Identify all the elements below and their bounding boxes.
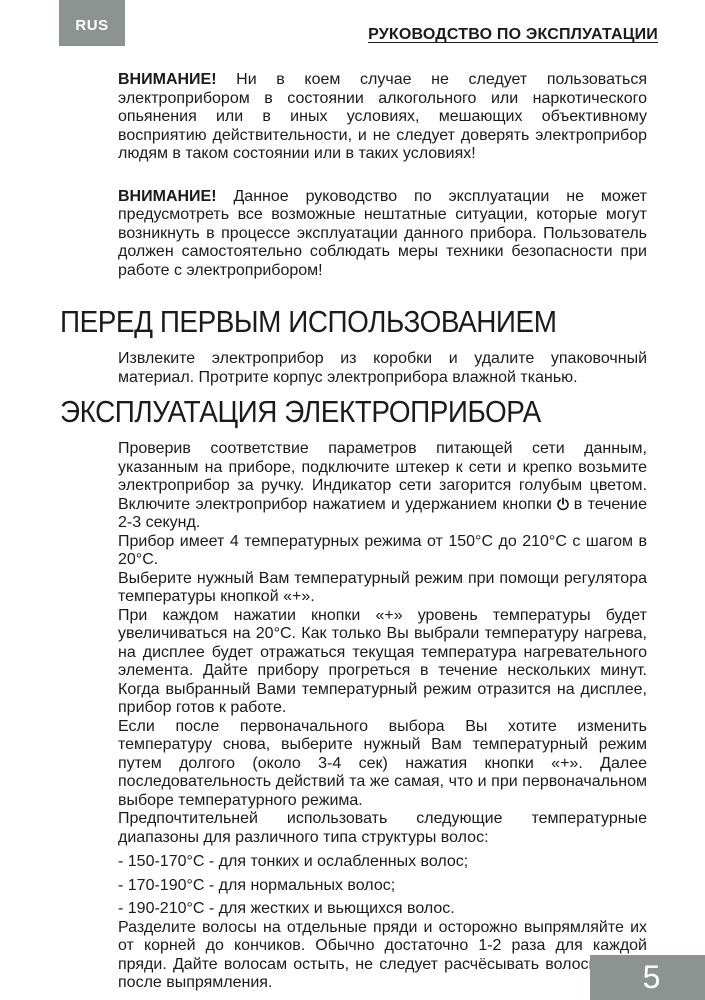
temperature-ranges-list: - 150-170°С - для тонких и ослабленных в… bbox=[118, 853, 647, 919]
language-badge: RUS bbox=[59, 0, 125, 46]
body-paragraph: Прибор имеет 4 температурных режима от 1… bbox=[118, 533, 647, 570]
temperature-range-item: - 190-210°С - для жестких и вьющихся вол… bbox=[118, 900, 647, 919]
warning-lead-label: ВНИМАНИЕ! bbox=[118, 71, 217, 88]
temperature-range-item: - 150-170°С - для тонких и ослабленных в… bbox=[118, 853, 647, 872]
warning-paragraph: ВНИМАНИЕ! Ни в коем случае не следует по… bbox=[118, 71, 647, 164]
temperature-range-item: - 170-190°С - для нормальных волос; bbox=[118, 877, 647, 896]
body-paragraph: Если после первоначального выбора Вы хот… bbox=[118, 718, 647, 811]
page-number-box: 5 bbox=[590, 955, 705, 1000]
body-paragraph: Извлеките электроприбор из коробки и уда… bbox=[118, 350, 647, 387]
power-icon bbox=[556, 497, 570, 511]
warning-lead-label: ВНИМАНИЕ! bbox=[118, 188, 217, 205]
body-paragraph: При каждом нажатии кнопки «+» уровень те… bbox=[118, 607, 647, 718]
body-paragraph: Предпочтительней использовать следующие … bbox=[118, 810, 647, 847]
body-paragraph: Разделите волосы на отдельные пряди и ос… bbox=[118, 919, 647, 993]
warning-paragraph: ВНИМАНИЕ! Данное руководство по эксплуат… bbox=[118, 188, 647, 281]
page-number: 5 bbox=[643, 959, 661, 996]
body-paragraph: Выберите нужный Вам температурный режим … bbox=[118, 570, 647, 607]
document-header-title: РУКОВОДСТВО ПО ЭКСПЛУАТАЦИИ bbox=[368, 26, 658, 44]
body-paragraph-with-power-icon: Проверив соответствие параметров питающе… bbox=[118, 440, 647, 533]
usage-instructions-block: Проверив соответствие параметров питающе… bbox=[118, 440, 647, 993]
section-heading-appliance-operation: ЭКСПЛУАТАЦИЯ ЭЛЕКТРОПРИБОРА bbox=[60, 394, 588, 430]
manual-page: RUS РУКОВОДСТВО ПО ЭКСПЛУАТАЦИИ ВНИМАНИЕ… bbox=[0, 0, 705, 1000]
section-heading-before-first-use: ПЕРЕД ПЕРВЫМ ИСПОЛЬЗОВАНИЕМ bbox=[60, 304, 588, 340]
page-content: ВНИМАНИЕ! Ни в коем случае не следует по… bbox=[0, 0, 705, 993]
